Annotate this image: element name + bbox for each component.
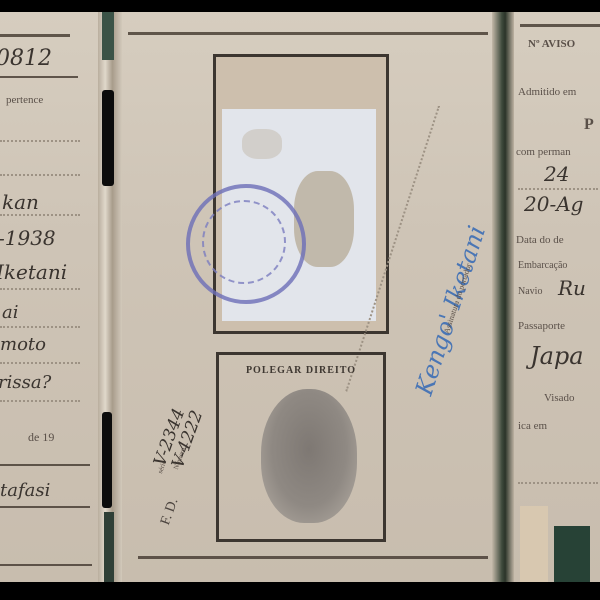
- green-binding: [104, 512, 114, 582]
- label-navio: Navio: [518, 286, 542, 297]
- handwritten-line-4: ai: [2, 302, 19, 323]
- left-spine: [98, 12, 122, 582]
- label-admitido: Admitido em: [518, 86, 576, 98]
- top-rule: [0, 34, 70, 37]
- printed-date: de 19: [28, 430, 54, 445]
- thumbprint-label: POLEGAR DIREITO: [219, 365, 383, 376]
- label-passaporte: Passaporte: [518, 320, 565, 332]
- handwritten-value-1: 24: [544, 162, 569, 186]
- dotted-line: [0, 326, 80, 328]
- rule: [0, 506, 90, 508]
- aviso-header: Nº AVISO: [528, 38, 575, 50]
- paper-tab: [520, 506, 548, 582]
- dotted-line: [0, 400, 80, 402]
- signature-fragment: tafasi: [0, 480, 50, 501]
- binding-tear: [102, 90, 114, 186]
- stamp-ring: [202, 200, 286, 284]
- handwritten-value-3: Ru: [558, 276, 586, 300]
- label-permanencia: com perman: [516, 146, 571, 158]
- rule: [0, 564, 92, 566]
- green-binding: [102, 12, 114, 60]
- label-data: Data do de: [516, 234, 564, 246]
- document-number: 0812: [0, 46, 52, 71]
- photo-area: [222, 109, 376, 321]
- thumbprint: [261, 389, 357, 523]
- handwritten-value-4: Japa: [530, 342, 584, 370]
- dotted-line: [0, 214, 80, 216]
- bottom-rule: [138, 556, 488, 559]
- dotted-line: [0, 362, 80, 364]
- right-spine: [492, 12, 514, 582]
- handwritten-line-2: -1938: [0, 226, 56, 250]
- fd-label: F. D.: [158, 496, 182, 527]
- green-cover-corner: [554, 526, 590, 582]
- dotted-line: [0, 288, 80, 290]
- dotted-line: [518, 188, 598, 190]
- left-page: 0812 pertence kan -1938 Iketani ai moto …: [0, 12, 98, 582]
- top-rule: [128, 32, 488, 35]
- right-page: Nº AVISO Admitido em P com perman 24 20-…: [514, 12, 600, 582]
- label-embarcacao: Embarcação: [518, 260, 567, 271]
- thumbprint-box: POLEGAR DIREITO: [216, 352, 386, 542]
- faded-stain: [242, 129, 282, 159]
- dotted-line: [518, 482, 598, 484]
- label-ica-em: ica em: [518, 420, 547, 432]
- rule: [0, 76, 78, 78]
- photo-frame: [213, 54, 389, 334]
- handwritten-line-5: moto: [0, 334, 46, 355]
- binding-tear: [102, 412, 112, 508]
- rule: [0, 464, 90, 466]
- dotted-line: [0, 174, 80, 176]
- label-pertence: pertence: [6, 94, 43, 106]
- handwritten-line-1: kan: [2, 190, 39, 214]
- document-scan: 0812 pertence kan -1938 Iketani ai moto …: [0, 12, 600, 582]
- top-rule: [520, 24, 600, 27]
- handwritten-line-6: rissa?: [0, 372, 51, 393]
- label-visado: Visado: [544, 392, 575, 404]
- official-stamp: [186, 184, 306, 304]
- dotted-line: [0, 140, 80, 142]
- handwritten-value-2: 20-Ag: [524, 192, 583, 216]
- letter-fragment: P: [584, 116, 594, 134]
- handwritten-line-3: Iketani: [0, 260, 67, 284]
